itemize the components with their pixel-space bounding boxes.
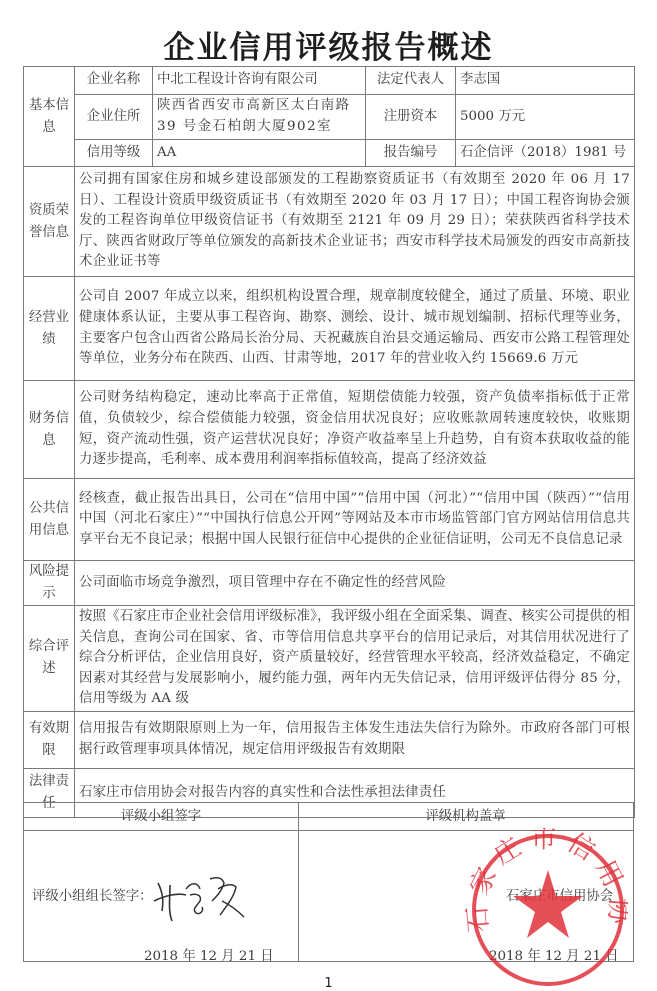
qualification-label: 资质荣誉信息 <box>24 167 75 277</box>
company-name-value: 中北工程设计咨询有限公司 <box>153 67 366 95</box>
qualification-text: 公司拥有国家住房和城乡建设部颁发的工程勘察资质证书（有效期至 2020 年 06… <box>75 167 635 277</box>
basic-info-label: 基本信息 <box>24 67 75 167</box>
org-seal-header: 评级机构盖章 <box>298 803 633 831</box>
group-signature-header: 评级小组签字 <box>24 803 298 831</box>
legal-rep-label: 法定代表人 <box>366 67 456 95</box>
report-no-value: 石企信评（2018）1981 号 <box>456 140 635 167</box>
performance-label: 经营业绩 <box>24 277 75 381</box>
page-title: 企业信用评级报告概述 <box>0 22 657 67</box>
company-name-label: 企业名称 <box>75 67 153 95</box>
public-credit-text: 经核查，截止报告出具日，公司在“信用中国”“信用中国（河北）”“信用中国（陕西）… <box>75 479 635 561</box>
risk-label: 风险提示 <box>24 561 75 606</box>
legal-rep-value: 李志国 <box>456 67 635 95</box>
performance-text: 公司自 2007 年成立以来，组织机构设置合理，规章制度较健全，通过了质量、环境… <box>75 277 635 381</box>
public-credit-label: 公共信用信息 <box>24 479 75 561</box>
report-table: 基本信息 企业名称 中北工程设计咨询有限公司 法定代表人 李志国 企业住所 陕西… <box>23 66 635 818</box>
validity-text: 信用报告有效期限原则上为一年，信用报告主体发生违法失信行为除外。市政府各部门可根… <box>75 711 635 768</box>
summary-label: 综合评述 <box>24 606 75 712</box>
address-value: 陕西省西安市高新区太白南路39 号金石柏朗大厦902室 <box>153 95 366 140</box>
group-signature-date: 2018 年 12 月 21 日 <box>144 945 274 964</box>
summary-text: 按照《石家庄市企业社会信用评级标准》，我评级小组在全面采集、调查、核实公司提供的… <box>75 606 635 712</box>
handwritten-signature <box>152 871 248 925</box>
finance-label: 财务信息 <box>24 381 75 479</box>
org-seal-date: 2018 年 12 月 21 日 <box>489 945 619 964</box>
finance-text: 公司财务结构稳定，速动比率高于正常值，短期偿债能力较强，资产负债率指标低于正常值… <box>75 381 635 479</box>
signature-block: 评级小组签字 评级机构盖章 评级小组组长签字： 2018 年 12 月 21 日… <box>23 802 634 962</box>
capital-value: 5000 万元 <box>456 95 635 140</box>
risk-text: 公司面临市场竞争激烈，项目管理中存在不确定性的经营风险 <box>75 561 635 606</box>
validity-label: 有效期限 <box>24 711 75 768</box>
address-label: 企业住所 <box>75 95 153 140</box>
leader-signature-label: 评级小组组长签字： <box>32 885 153 904</box>
org-name: 石家庄市信用协会 <box>506 885 613 904</box>
page-number: 1 <box>0 976 657 991</box>
report-no-label: 报告编号 <box>366 140 456 167</box>
rating-label: 信用等级 <box>75 140 153 167</box>
capital-label: 注册资本 <box>366 95 456 140</box>
rating-value: AA <box>153 140 366 167</box>
